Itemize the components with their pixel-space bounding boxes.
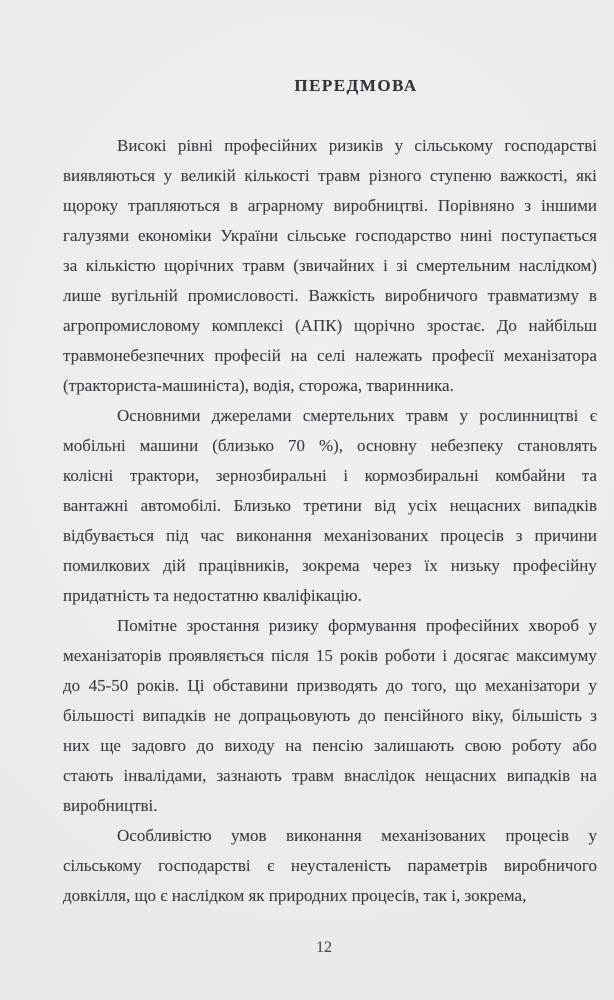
page-number: 12 (57, 936, 591, 960)
word: до (63, 671, 80, 701)
word: Високі (117, 131, 166, 161)
text-line: закількістющорічнихтравм(звичайнихізісме… (63, 251, 597, 281)
word: виконання (286, 821, 362, 851)
word: трапляються (128, 191, 220, 221)
word: та (582, 461, 597, 491)
word: до (197, 731, 214, 761)
text-line: Високірівніпрофесійнихризиківусільському… (63, 131, 597, 161)
text-line: лишевугільнійпромисловості.Важкістьвироб… (63, 281, 597, 311)
word: %), (319, 431, 343, 461)
word: з (524, 191, 531, 221)
word: лише (63, 281, 101, 311)
word: до (358, 701, 375, 731)
word: вугільній (111, 281, 178, 311)
word: ризиків (329, 131, 383, 161)
word: після (271, 641, 309, 671)
word: поступається (501, 221, 597, 251)
word: господарстві (158, 851, 251, 881)
word: час (200, 521, 224, 551)
word: Помітне (117, 611, 177, 641)
word: третини (303, 491, 361, 521)
word: у (588, 821, 597, 851)
word: них (63, 731, 90, 761)
word: трактори, (130, 461, 199, 491)
word: галузями (63, 221, 129, 251)
word: ступеню (430, 161, 492, 191)
word: 15 (316, 641, 333, 671)
word: хвороб (529, 611, 580, 641)
text-line: довкілля, що є наслідком як природних пр… (63, 881, 597, 911)
word: ризику (269, 611, 319, 641)
word: через (373, 551, 412, 581)
word: України (220, 221, 278, 251)
word: Близько (234, 491, 291, 521)
word: пенсійного (384, 701, 464, 731)
word: комплексі (212, 311, 284, 341)
text-line: Особливістюумоввиконаннямеханізованихпро… (63, 821, 597, 851)
word: того, (412, 671, 447, 701)
scanned-page: ПЕРЕДМОВА Високірівніпрофесійнихризиківу… (0, 0, 614, 1000)
word: у (395, 131, 404, 161)
text-line: мобільнімашини(близько70%),основнунебезп… (63, 431, 597, 461)
word: виходу (224, 731, 274, 761)
word: помилкових (63, 551, 150, 581)
word: механізатора (504, 341, 597, 371)
word: до (386, 671, 403, 701)
word: (АПК) (295, 311, 342, 341)
word: процесів (506, 821, 569, 851)
text-line: помилковихдійпрацівників,зокремачерезїхн… (63, 551, 597, 581)
word: більшості (63, 701, 134, 731)
word: їх (425, 551, 438, 581)
word: господарство (355, 221, 451, 251)
text-line: виявляютьсяувеликійкількостітравмрізного… (63, 161, 597, 191)
word: травм (318, 161, 360, 191)
word: інвалідами, (124, 761, 207, 791)
word: економіки (138, 221, 212, 251)
word: травм (406, 401, 448, 431)
text-line: виробництві. (63, 791, 597, 821)
word: допрацьовують (239, 701, 350, 731)
word: випадків (143, 701, 206, 731)
word: виконання (236, 521, 312, 551)
word: які (576, 161, 597, 191)
word: щорічно (354, 311, 415, 341)
word: небезпеку (431, 431, 504, 461)
word: кількості (244, 161, 309, 191)
word: великій (181, 161, 236, 191)
word: господарстві (504, 131, 597, 161)
word: щорічних (164, 251, 234, 281)
word: травматизму (488, 281, 579, 311)
word: становлять (517, 431, 597, 461)
word: різного (369, 161, 422, 191)
word: травм (292, 761, 334, 791)
text-line: механізаторівпроявляєтьсяпісля15роківроб… (63, 641, 597, 671)
word: усіх (408, 491, 437, 521)
word: є (590, 401, 597, 431)
word: під (166, 521, 188, 551)
word: в (230, 191, 238, 221)
word: Основними (117, 401, 201, 431)
word: виявляються (63, 161, 155, 191)
word: 45-50 (89, 671, 129, 701)
word: на (291, 341, 308, 371)
word: пенсію (312, 731, 363, 761)
word: і (442, 641, 447, 671)
word: сільському (414, 131, 493, 161)
word: більшість (512, 701, 582, 731)
word: важкості, (500, 161, 567, 191)
word: агропромисловому (63, 311, 200, 341)
word: виробничого (385, 281, 478, 311)
text-line: відбуваєтьсяпідчасвиконаннямеханізованих… (63, 521, 597, 551)
text-line: до45-50років.Ціобставинипризводятьдотого… (63, 671, 597, 701)
word: професій (214, 341, 280, 371)
word: машини (140, 431, 199, 461)
word: механізатори (485, 671, 580, 701)
text-line: Помітнезростанняризикуформуванняпрофесій… (63, 611, 597, 641)
word: травмонебезпечних (63, 341, 205, 371)
word: джерелами (212, 401, 292, 431)
text-line: травмонебезпечнихпрофесійнаселіналежатьп… (63, 341, 597, 371)
word: в (589, 281, 597, 311)
word: зростання (186, 611, 259, 641)
word: рослинництві (479, 401, 578, 431)
word: роботи (385, 641, 435, 671)
word: До (497, 311, 517, 341)
word: 70 (288, 431, 305, 461)
word: нещасних (425, 761, 497, 791)
text-line: стаютьінвалідами,зазнаютьтравмвнаслідокн… (63, 761, 597, 791)
word: з (590, 701, 597, 731)
word: досягає (454, 641, 509, 671)
text-line: вантажніавтомобілі.Близькотретинивідусіх… (63, 491, 597, 521)
word: дій (163, 551, 185, 581)
word: механізаторів (63, 641, 162, 671)
word: обставини (213, 671, 288, 701)
word: віку, (472, 701, 504, 731)
word: на (285, 731, 302, 761)
word: процесів (440, 521, 503, 551)
text-line: придатність та недостатню кваліфікацію. (63, 581, 597, 611)
word: нині (460, 221, 492, 251)
word: селі (317, 341, 346, 371)
word: механізованих (324, 521, 429, 551)
word: максимуму (516, 641, 597, 671)
word: є (267, 851, 274, 881)
word: свою (465, 731, 502, 761)
word: у (588, 611, 597, 641)
word: Ці (187, 671, 204, 701)
word: нещасних (450, 491, 522, 521)
word: колісні (63, 461, 113, 491)
word: з (516, 521, 523, 551)
word: на (580, 761, 597, 791)
word: мобільні (63, 431, 126, 461)
word: причини (534, 521, 597, 551)
word: стають (63, 761, 113, 791)
word: належать (355, 341, 422, 371)
word: за (63, 251, 77, 281)
text-line: щорокутрапляютьсяваграрномувиробництві.П… (63, 191, 597, 221)
text-line: коліснітрактори,зернозбиральніікормозбир… (63, 461, 597, 491)
word: професійних (426, 611, 519, 641)
word: що (455, 671, 477, 701)
word: (звичайних (293, 251, 374, 281)
word: травм (243, 251, 285, 281)
word: і (343, 461, 348, 491)
word: ще (100, 731, 121, 761)
word: іншими (541, 191, 597, 221)
word: задовго (132, 731, 187, 761)
word: сільське (287, 221, 346, 251)
word: найбільш (529, 311, 597, 341)
word: професійних (224, 131, 317, 161)
text-line: агропромисловомукомплексі(АПК)щорічнозро… (63, 311, 597, 341)
word: виробничого (504, 851, 597, 881)
word: автомобілі. (141, 491, 222, 521)
word: смертельних (303, 401, 395, 431)
word: зростає. (427, 311, 485, 341)
word: у (460, 401, 469, 431)
word: зазнають (216, 761, 281, 791)
word: промисловості. (188, 281, 299, 311)
word: зокрема (302, 551, 360, 581)
word: призводять (297, 671, 378, 701)
word: професії (432, 341, 494, 371)
word: працівників, (199, 551, 289, 581)
word: аграрному (248, 191, 324, 221)
text-line: галузямиекономікиУкраїнисільськегосподар… (63, 221, 597, 251)
word: або (572, 731, 597, 761)
word: випадків (507, 761, 570, 791)
word: від (374, 491, 395, 521)
word: Важкість (309, 281, 375, 311)
text-line: (тракториста-машиніста), водія, сторожа,… (63, 371, 597, 401)
word: роботу (512, 731, 562, 761)
word: сільському (63, 851, 142, 881)
word: залишають (374, 731, 454, 761)
word: рівні (178, 131, 213, 161)
text-body: Високірівніпрофесійнихризиківусільському… (63, 131, 597, 911)
text-line: Основнимиджереламисмертельнихтравмуросли… (63, 401, 597, 431)
word: і (383, 251, 388, 281)
word: у (164, 161, 173, 191)
word: наслідком) (519, 251, 597, 281)
word: років (340, 641, 378, 671)
word: професійну (513, 551, 597, 581)
word: не (214, 701, 231, 731)
word: Особливістю (117, 821, 212, 851)
word: зі (396, 251, 407, 281)
word: років. (137, 671, 179, 701)
word: основну (357, 431, 417, 461)
word: низьку (451, 551, 500, 581)
word: параметрів (408, 851, 488, 881)
word: проявляється (169, 641, 265, 671)
word: (близько (212, 431, 274, 461)
word: відбувається (63, 521, 154, 551)
word: комбайни (495, 461, 565, 491)
word: щороку (63, 191, 118, 221)
word: вантажні (63, 491, 128, 521)
word: кормозбиральні (365, 461, 479, 491)
word: кількістю (86, 251, 156, 281)
word: випадків (534, 491, 597, 521)
word: смертельним (416, 251, 510, 281)
word: зернозбиральні (216, 461, 327, 491)
page-title: ПЕРЕДМОВА (89, 76, 614, 96)
text-line: сільськомугосподарствієнеусталеністьпара… (63, 851, 597, 881)
word: у (588, 671, 597, 701)
word: неусталеність (291, 851, 391, 881)
word: формування (328, 611, 416, 641)
text-line: нихщезадовгодовиходунапенсіюзалишаютьсво… (63, 731, 597, 761)
word: умов (231, 821, 267, 851)
word: внаслідок (344, 761, 415, 791)
word: Порівняно (438, 191, 515, 221)
word: механізованих (381, 821, 486, 851)
word: виробництві. (333, 191, 428, 221)
text-line: більшостівипадківнедопрацьовуютьдопенсій… (63, 701, 597, 731)
